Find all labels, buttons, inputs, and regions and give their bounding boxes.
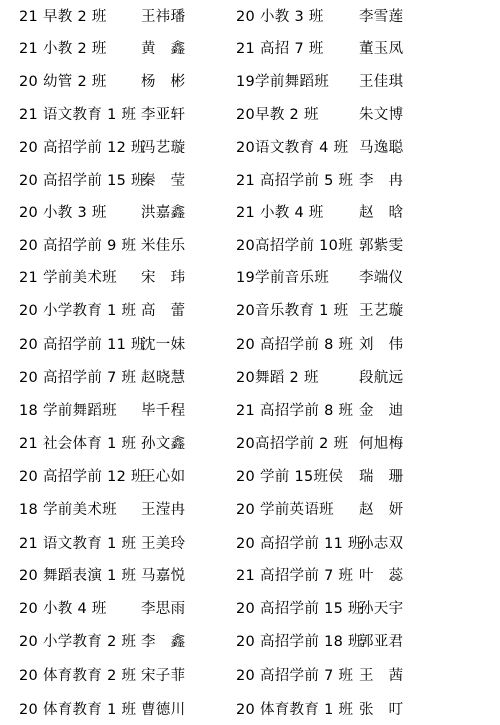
name-cell: 何旭梅 [359,434,403,454]
name-cell: 刘 伟 [359,335,403,355]
class-cell: 21 小教 2 班 [19,39,107,59]
name-cell: 王祎璠 [141,7,185,27]
name-cell: 王心如 [141,467,185,487]
class-cell: 20 小学教育 1 班 [19,301,136,321]
class-cell: 18 学前舞蹈班 [19,401,117,421]
class-cell: 20 高招学前 8 班 [236,335,353,355]
name-cell: 张 叮 [359,700,403,720]
name-cell: 李端仪 [359,268,403,288]
class-cell: 20 高招学前 7 班 [19,368,136,388]
class-cell: 20 幼管 2 班 [19,72,107,92]
name-cell: 王佳琪 [359,72,403,92]
name-cell: 金 迪 [359,401,403,421]
name-cell: 叶 蕊 [359,566,403,586]
class-cell: 20 高招学前 7 班 [236,666,353,686]
class-cell: 20 体育教育 1 班 [19,700,136,720]
table-row: 20 高招学前 11 班沈一妹20 高招学前 8 班刘 伟 [0,335,500,368]
class-cell: 20 高招学前 18 班 [236,632,363,652]
class-cell: 21 高招学前 5 班 [236,171,353,191]
class-cell: 20 学前英语班 [236,500,334,520]
name-cell: 王滢冉 [141,500,185,520]
class-cell: 20 舞蹈表演 1 班 [19,566,136,586]
class-cell: 21 语文教育 1 班 [19,105,136,125]
name-cell: 秦 莹 [141,171,185,191]
class-cell: 19学前舞蹈班 [236,72,329,92]
class-cell: 20舞蹈 2 班 [236,368,319,388]
name-cell: 王美玲 [141,534,185,554]
class-cell: 21 高招学前 8 班 [236,401,353,421]
name-cell: 郭亚君 [359,632,403,652]
table-row: 20 体育教育 2 班宋子菲20 高招学前 7 班王 茜 [0,666,500,699]
name-cell: 宋 玮 [141,268,185,288]
name-cell: 段航远 [359,368,403,388]
name-cell: 孙天宇 [359,599,403,619]
table-row: 20 小教 3 班洪嘉鑫21 小教 4 班赵 晗 [0,203,500,236]
class-cell: 20高招学前 2 班 [236,434,348,454]
class-cell: 20音乐教育 1 班 [236,301,348,321]
name-cell: 李亚轩 [141,105,185,125]
table-row: 21 语文教育 1 班王美玲20 高招学前 11 班孙志双 [0,534,500,567]
class-cell: 20 小学教育 2 班 [19,632,136,652]
class-cell: 19学前音乐班 [236,268,329,288]
class-cell: 20 小教 4 班 [19,599,107,619]
name-cell: 宋子菲 [141,666,185,686]
table-row: 20 体育教育 1 班曹德川20 体育教育 1 班张 叮 [0,700,500,725]
class-cell: 20语文教育 4 班 [236,138,348,158]
name-cell: 赵 妍 [359,500,403,520]
class-cell: 20 高招学前 15 班 [19,171,146,191]
name-cell: 曹德川 [141,700,185,720]
class-cell: 18 学前美术班 [19,500,117,520]
class-cell: 20 小教 3 班 [236,7,324,27]
name-cell: 李 冉 [359,171,403,191]
name-cell: 朱文博 [359,105,403,125]
class-cell: 21 高招学前 7 班 [236,566,353,586]
name-cell: 赵 晗 [359,203,403,223]
name-cell: 杨 彬 [141,72,185,92]
name-cell: 孙志双 [359,534,403,554]
table-row: 20 小学教育 1 班高 蕾20音乐教育 1 班王艺璇 [0,301,500,334]
name-cell: 沈一妹 [141,335,185,355]
class-cell: 21 早教 2 班 [19,7,107,27]
name-cell: 洪嘉鑫 [141,203,185,223]
name-cell: 马嘉悦 [141,566,185,586]
name-cell: 王 茜 [359,666,403,686]
table-row: 21 学前美术班宋 玮19学前音乐班李端仪 [0,268,500,301]
class-cell: 20 体育教育 1 班 [236,700,353,720]
class-cell: 20 高招学前 9 班 [19,236,136,256]
table-row: 20 高招学前 9 班米佳乐20高招学前 10班郭紫雯 [0,236,500,269]
table-row: 21 早教 2 班王祎璠20 小教 3 班李雪莲 [0,7,500,40]
name-cell: 郭紫雯 [359,236,403,256]
name-cell: 马逸聪 [359,138,403,158]
class-cell: 20早教 2 班 [236,105,319,125]
table-row: 20 舞蹈表演 1 班马嘉悦21 高招学前 7 班叶 蕊 [0,566,500,599]
class-cell: 20 体育教育 2 班 [19,666,136,686]
class-cell: 20 高招学前 15 班 [236,599,363,619]
table-row: 20 幼管 2 班杨 彬19学前舞蹈班王佳琪 [0,72,500,105]
table-row: 21 语文教育 1 班李亚轩20早教 2 班朱文博 [0,105,500,138]
class-cell: 21 学前美术班 [19,268,117,288]
class-cell: 20高招学前 10班 [236,236,353,256]
table-row: 20 小教 4 班李思雨20 高招学前 15 班孙天宇 [0,599,500,632]
class-cell: 21 小教 4 班 [236,203,324,223]
name-cell: 高 蕾 [141,301,185,321]
name-cell: 瑞 珊 [359,467,403,487]
class-cell: 21 社会体育 1 班 [19,434,136,454]
table-row: 21 社会体育 1 班孙文鑫20高招学前 2 班何旭梅 [0,434,500,467]
class-cell: 20 高招学前 11 班 [19,335,146,355]
name-cell: 李思雨 [141,599,185,619]
class-cell: 21 高招 7 班 [236,39,324,59]
table-row: 18 学前舞蹈班毕千程21 高招学前 8 班金 迪 [0,401,500,434]
table-row: 20 高招学前 12 班冯艺璇20语文教育 4 班马逸聪 [0,138,500,171]
name-cell: 董玉凤 [359,39,403,59]
name-cell: 赵晓慧 [141,368,185,388]
class-cell: 20 小教 3 班 [19,203,107,223]
name-cell: 李雪莲 [359,7,403,27]
name-cell: 毕千程 [141,401,185,421]
class-cell: 20 高招学前 12 班 [19,467,146,487]
name-cell: 王艺璇 [359,301,403,321]
table-row: 18 学前美术班王滢冉20 学前英语班赵 妍 [0,500,500,533]
name-cell: 黄 鑫 [141,39,185,59]
name-cell: 冯艺璇 [141,138,185,158]
class-cell: 20 高招学前 11 班 [236,534,363,554]
name-cell: 李 鑫 [141,632,185,652]
table-row: 20 高招学前 12 班王心如20 学前 15班侯瑞 珊 [0,467,500,500]
class-cell: 21 语文教育 1 班 [19,534,136,554]
table-row: 20 高招学前 7 班赵晓慧20舞蹈 2 班段航远 [0,368,500,401]
name-cell: 米佳乐 [141,236,185,256]
class-cell: 20 高招学前 12 班 [19,138,146,158]
table-row: 21 小教 2 班黄 鑫21 高招 7 班董玉凤 [0,39,500,72]
table-row: 20 高招学前 15 班秦 莹21 高招学前 5 班李 冉 [0,171,500,204]
class-cell: 20 学前 15班侯 [236,467,343,487]
name-cell: 孙文鑫 [141,434,185,454]
table-row: 20 小学教育 2 班李 鑫20 高招学前 18 班郭亚君 [0,632,500,665]
